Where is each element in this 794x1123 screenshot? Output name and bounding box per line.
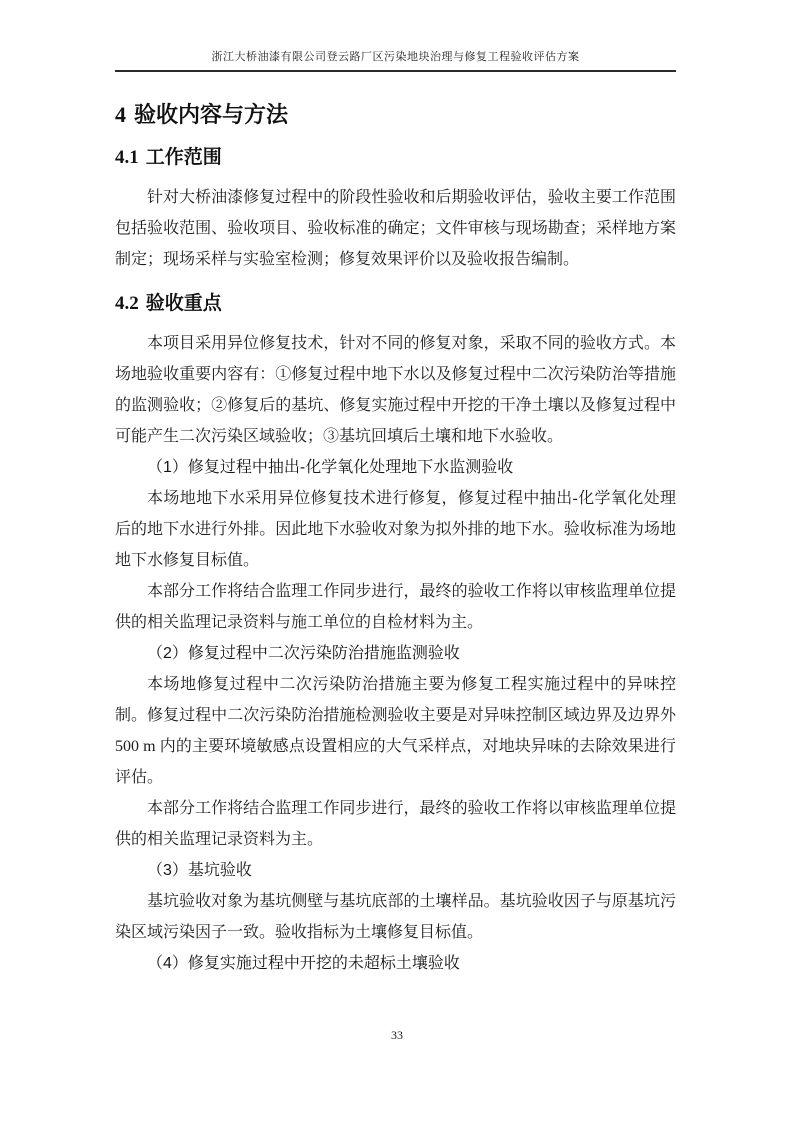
page-header: 浙江大桥油漆有限公司登云路厂区污染地块治理与修复工程验收评估方案 [115, 48, 676, 72]
item-3-heading: （3）基坑验收 [115, 855, 676, 886]
chapter-title: 验收内容与方法 [134, 102, 288, 127]
section-4-1-number: 4.1 [115, 147, 139, 168]
item-1-paragraph-2: 本部分工作将结合监理工作同步进行，最终的验收工作将以审核监理单位提供的相关监理记… [115, 576, 676, 638]
chapter-number: 4 [115, 102, 126, 127]
item-3-paragraph-1: 基坑验收对象为基坑侧壁与基坑底部的土壤样品。基坑验收因子与原基坑污染区域污染因子… [115, 886, 676, 948]
section-4-2-title: 验收重点 [146, 293, 222, 314]
item-1-heading: （1）修复过程中抽出-化学氧化处理地下水监测验收 [115, 452, 676, 483]
section-4-1-title: 工作范围 [146, 147, 222, 168]
section-4-1-paragraph: 针对大桥油漆修复过程中的阶段性验收和后期验收评估，验收主要工作范围包括验收范围、… [115, 182, 676, 275]
item-2-paragraph-2: 本部分工作将结合监理工作同步进行，最终的验收工作将以审核监理单位提供的相关监理记… [115, 793, 676, 855]
header-title: 浙江大桥油漆有限公司登云路厂区污染地块治理与修复工程验收评估方案 [212, 51, 580, 63]
chapter-heading: 4验收内容与方法 [115, 101, 676, 129]
section-4-2-number: 4.2 [115, 293, 139, 314]
item-2-heading: （2）修复过程中二次污染防治措施监测验收 [115, 638, 676, 669]
section-4-2-heading: 4.2验收重点 [115, 291, 676, 316]
document-page: 浙江大桥油漆有限公司登云路厂区污染地块治理与修复工程验收评估方案 4验收内容与方… [0, 0, 794, 1123]
page-number: 33 [0, 1028, 794, 1043]
section-4-1-heading: 4.1工作范围 [115, 145, 676, 170]
section-4-2-intro: 本项目采用异位修复技术，针对不同的修复对象，采取不同的验收方式。本场地验收重要内… [115, 328, 676, 452]
item-1-paragraph-1: 本场地地下水采用异位修复技术进行修复，修复过程中抽出-化学氧化处理后的地下水进行… [115, 483, 676, 576]
item-2-paragraph-1: 本场地修复过程中二次污染防治措施主要为修复工程实施过程中的异味控制。修复过程中二… [115, 669, 676, 793]
item-4-heading: （4）修复实施过程中开挖的未超标土壤验收 [115, 948, 676, 979]
